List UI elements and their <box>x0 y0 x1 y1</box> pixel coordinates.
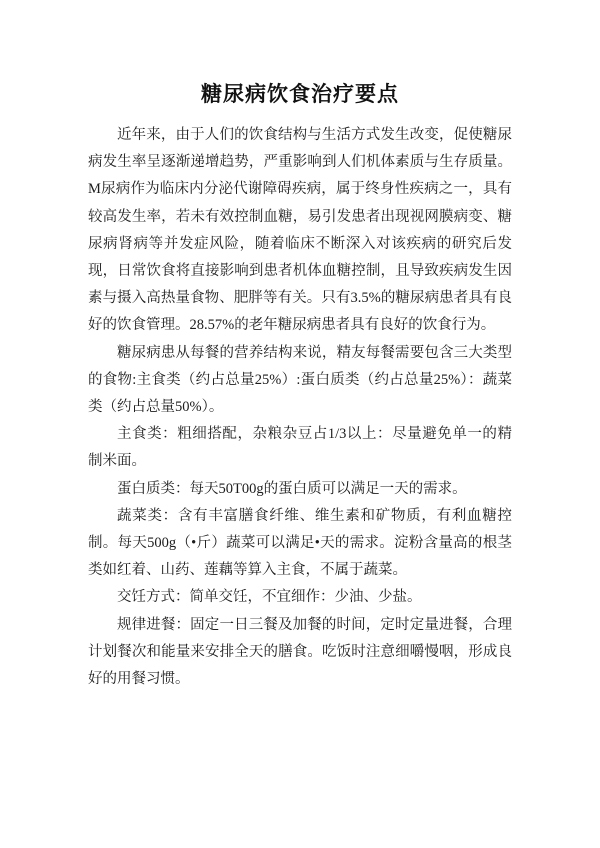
paragraph-meal-structure: 糖尿病患从每餐的营养结构来说，精友每餐需要包含三大类型的食物:主食类（约占总量2… <box>88 340 512 422</box>
document-body: 近年来，由于人们的饮食结构与生活方式发生改变，促使糖尿病发生率呈逐渐递增趋势，严… <box>88 122 512 693</box>
paragraph-cooking-method: 交饪方式：简单交饪，不宜细作：少油、少盐。 <box>88 584 512 611</box>
document-page: 糖尿病饮食治疗要点 近年来，由于人们的饮食结构与生活方式发生改变，促使糖尿病发生… <box>0 0 600 848</box>
paragraph-protein: 蛋白质类：每天50T00g的蛋白质可以满足一天的需求。 <box>88 476 512 503</box>
paragraph-regular-meals: 规律进餐：固定一日三餐及加餐的时间，定时定量进餐，合理计划餐次和能量来安排全天的… <box>88 612 512 694</box>
paragraph-staple-food: 主食类：粗细搭配，杂粮杂豆占1/3以上：尽量避免单一的精制米面。 <box>88 421 512 475</box>
paragraph-vegetables: 蔬菜类：含有丰富膳食纤维、维生素和矿物质，有利血糖控制。每天500g（•斤）蔬菜… <box>88 503 512 585</box>
page-title: 糖尿病饮食治疗要点 <box>88 82 512 108</box>
paragraph-intro: 近年来，由于人们的饮食结构与生活方式发生改变，促使糖尿病发生率呈逐渐递增趋势，严… <box>88 122 512 340</box>
